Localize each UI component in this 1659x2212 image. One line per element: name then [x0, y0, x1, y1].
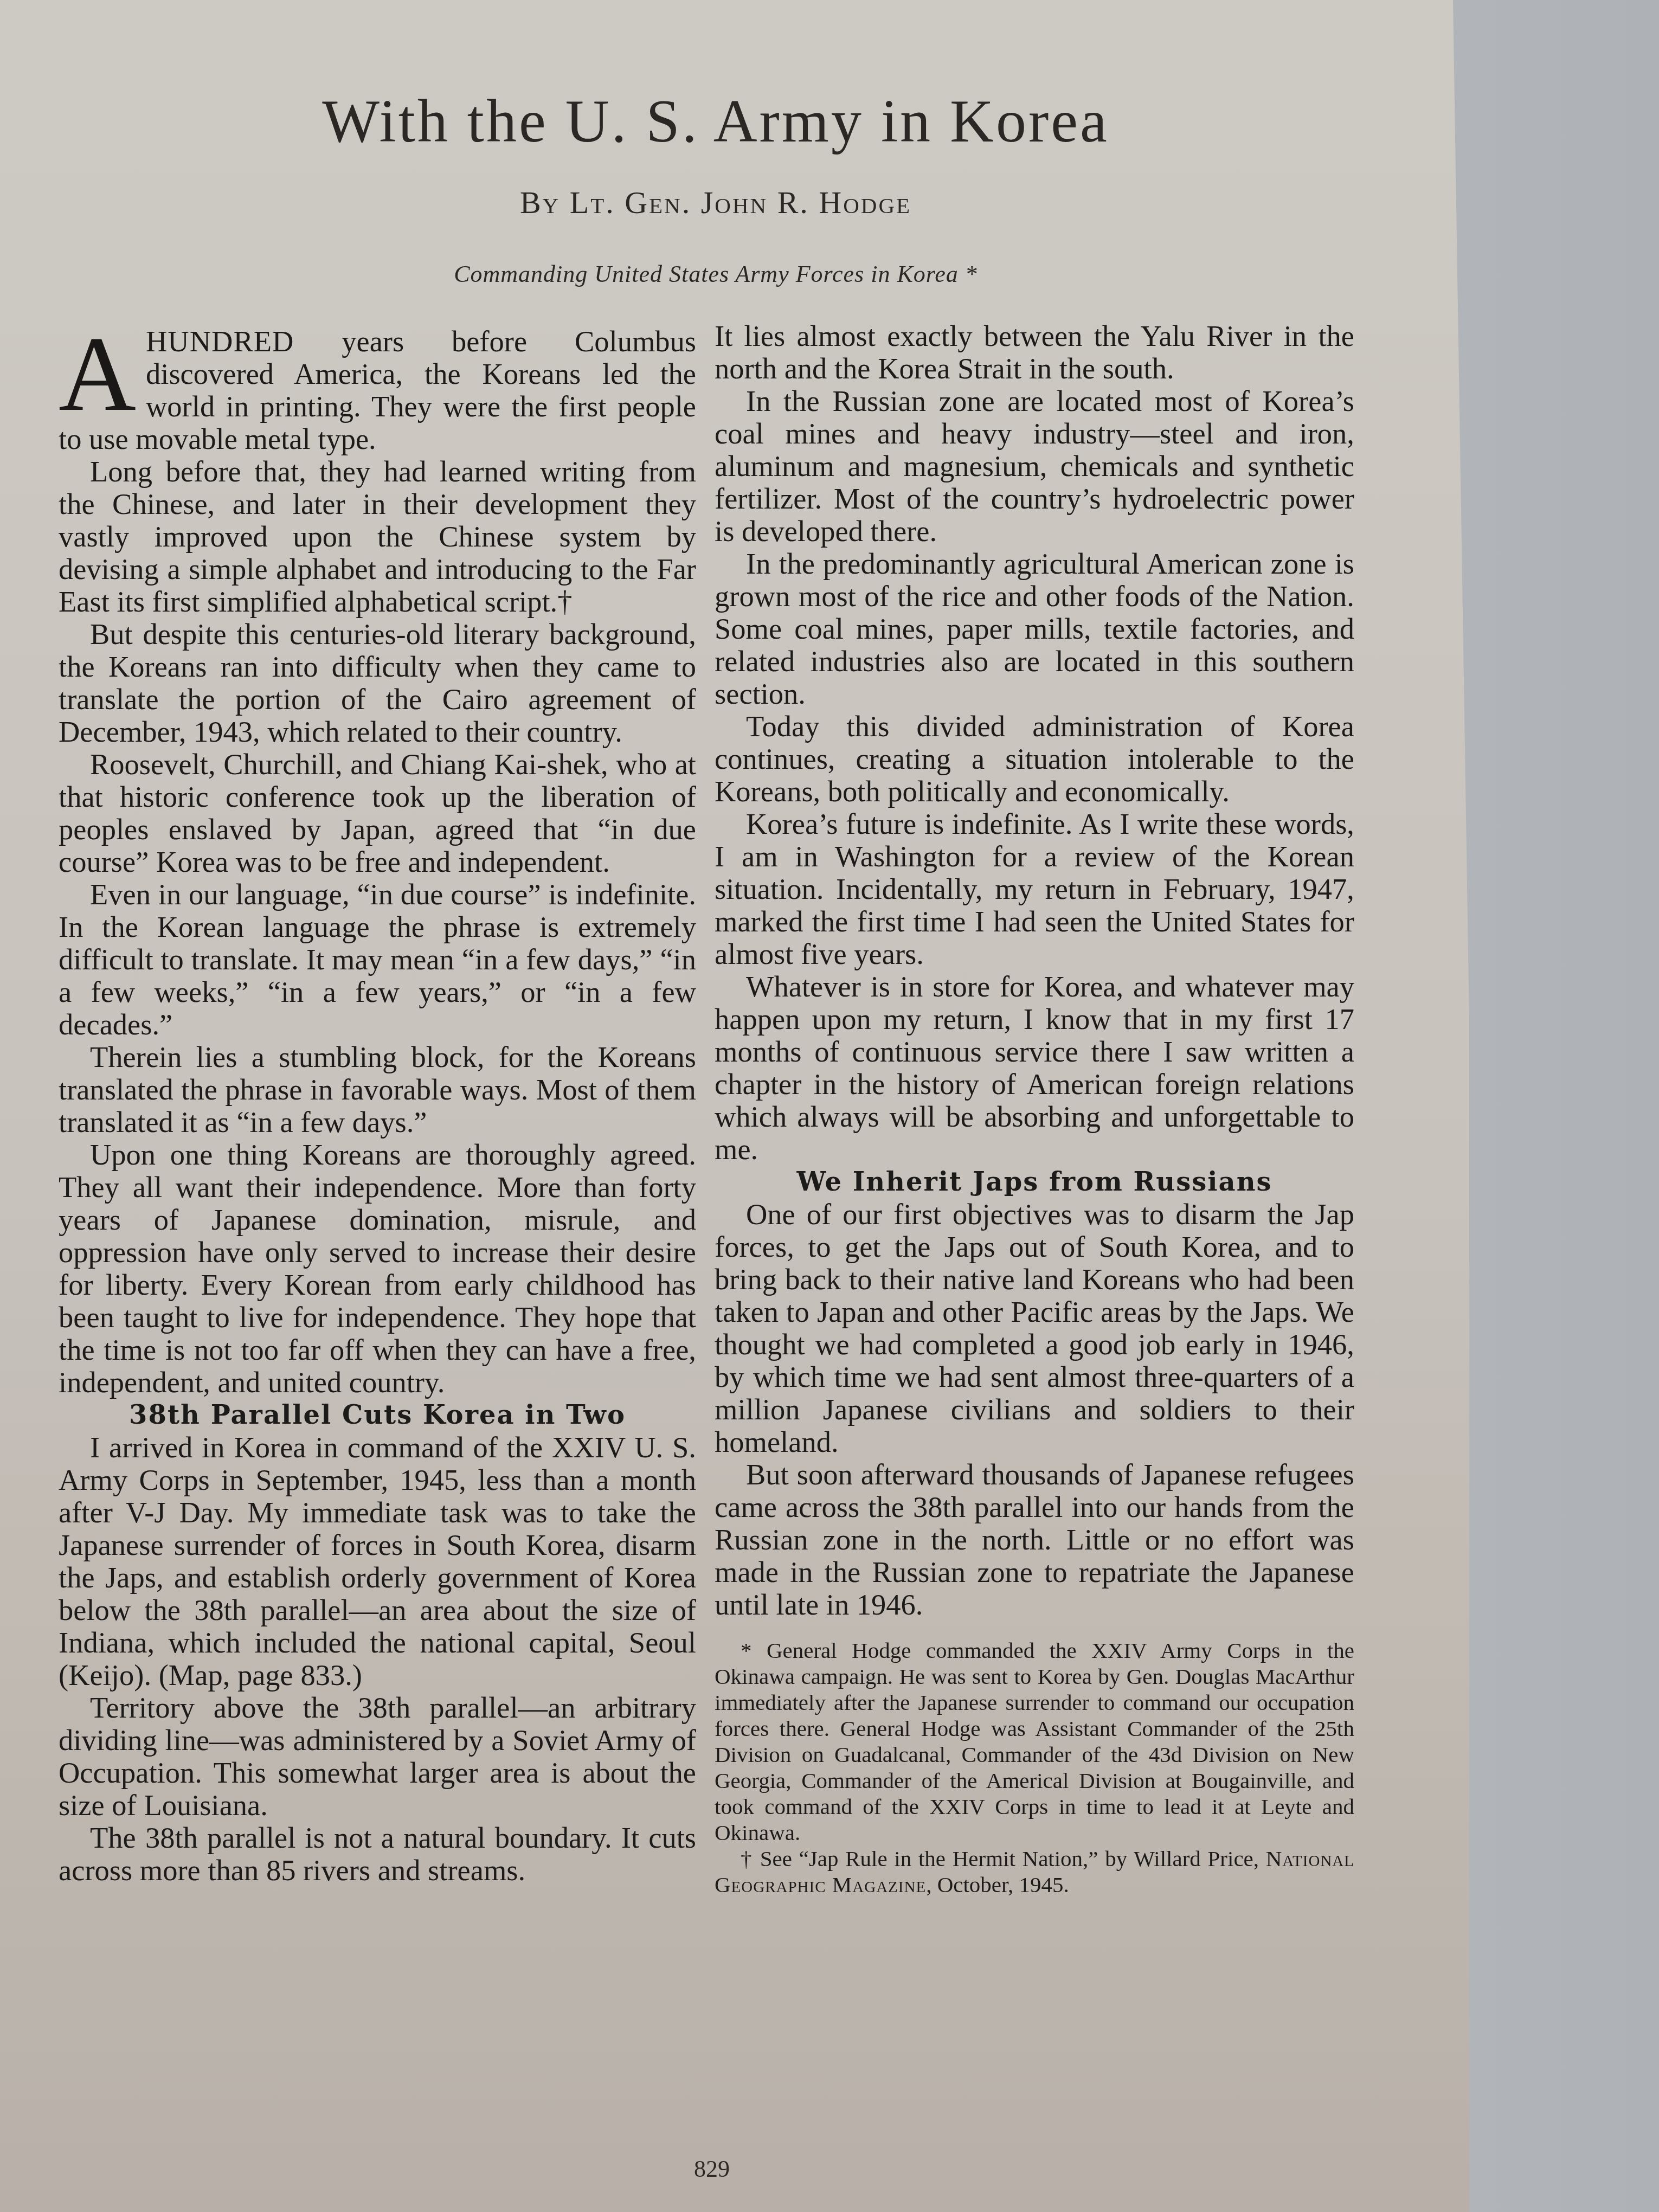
- paragraph: Korea’s future is indefinite. As I write…: [715, 808, 1354, 970]
- intro-paragraph: AHUNDRED years before Columbus discovere…: [59, 325, 696, 455]
- footnote-dagger-text: † See “Jap Rule in the Hermit Nation,” b…: [741, 1846, 1266, 1871]
- left-column: AHUNDRED years before Columbus discovere…: [59, 325, 696, 1887]
- drop-cap: A: [59, 331, 136, 417]
- paragraph: Whatever is in store for Korea, and what…: [715, 970, 1354, 1166]
- paragraph: One of our first objectives was to disar…: [715, 1198, 1354, 1458]
- footnote-dagger: † See “Jap Rule in the Hermit Nation,” b…: [715, 1846, 1354, 1898]
- paragraph: Long before that, they had learned writi…: [59, 455, 696, 618]
- paragraph: In the Russian zone are located most of …: [715, 385, 1354, 548]
- article-title: With the U. S. Army in Korea: [0, 87, 1431, 157]
- footnote-dagger-date: , October, 1945.: [926, 1872, 1069, 1897]
- paragraph: Territory above the 38th parallel—an arb…: [59, 1692, 696, 1822]
- author-byline: By Lt. Gen. John R. Hodge: [0, 184, 1431, 221]
- footnote-asterisk: * General Hodge commanded the XXIV Army …: [715, 1637, 1354, 1846]
- paragraph: But despite this centuries-old literary …: [59, 618, 696, 748]
- author-role-subtitle: Commanding United States Army Forces in …: [0, 260, 1431, 288]
- paragraph: Even in our language, “in due course” is…: [59, 878, 696, 1041]
- paragraph: Today this divided administration of Kor…: [715, 710, 1354, 808]
- paragraph: But soon afterward thousands of Japanese…: [715, 1458, 1354, 1621]
- paragraph: Roosevelt, Churchill, and Chiang Kai-she…: [59, 748, 696, 878]
- paragraph: I arrived in Korea in command of the XXI…: [59, 1431, 696, 1692]
- lead-caps: HUNDRED: [146, 325, 294, 358]
- page-number: 829: [694, 2155, 730, 2183]
- paragraph: In the predominantly agricultural Americ…: [715, 548, 1354, 710]
- continued-paragraph: It lies almost exactly between the Yalu …: [715, 320, 1354, 385]
- paragraph: Therein lies a stumbling block, for the …: [59, 1041, 696, 1139]
- section-heading: We Inherit Japs from Russians: [715, 1166, 1354, 1198]
- footnotes: * General Hodge commanded the XXIV Army …: [715, 1637, 1354, 1898]
- magazine-page: With the U. S. Army in Korea By Lt. Gen.…: [0, 0, 1469, 2212]
- section-heading: 38th Parallel Cuts Korea in Two: [59, 1399, 696, 1431]
- paragraph: Upon one thing Koreans are thoroughly ag…: [59, 1139, 696, 1399]
- right-column: It lies almost exactly between the Yalu …: [715, 320, 1354, 1898]
- paragraph: The 38th parallel is not a natural bound…: [59, 1822, 696, 1887]
